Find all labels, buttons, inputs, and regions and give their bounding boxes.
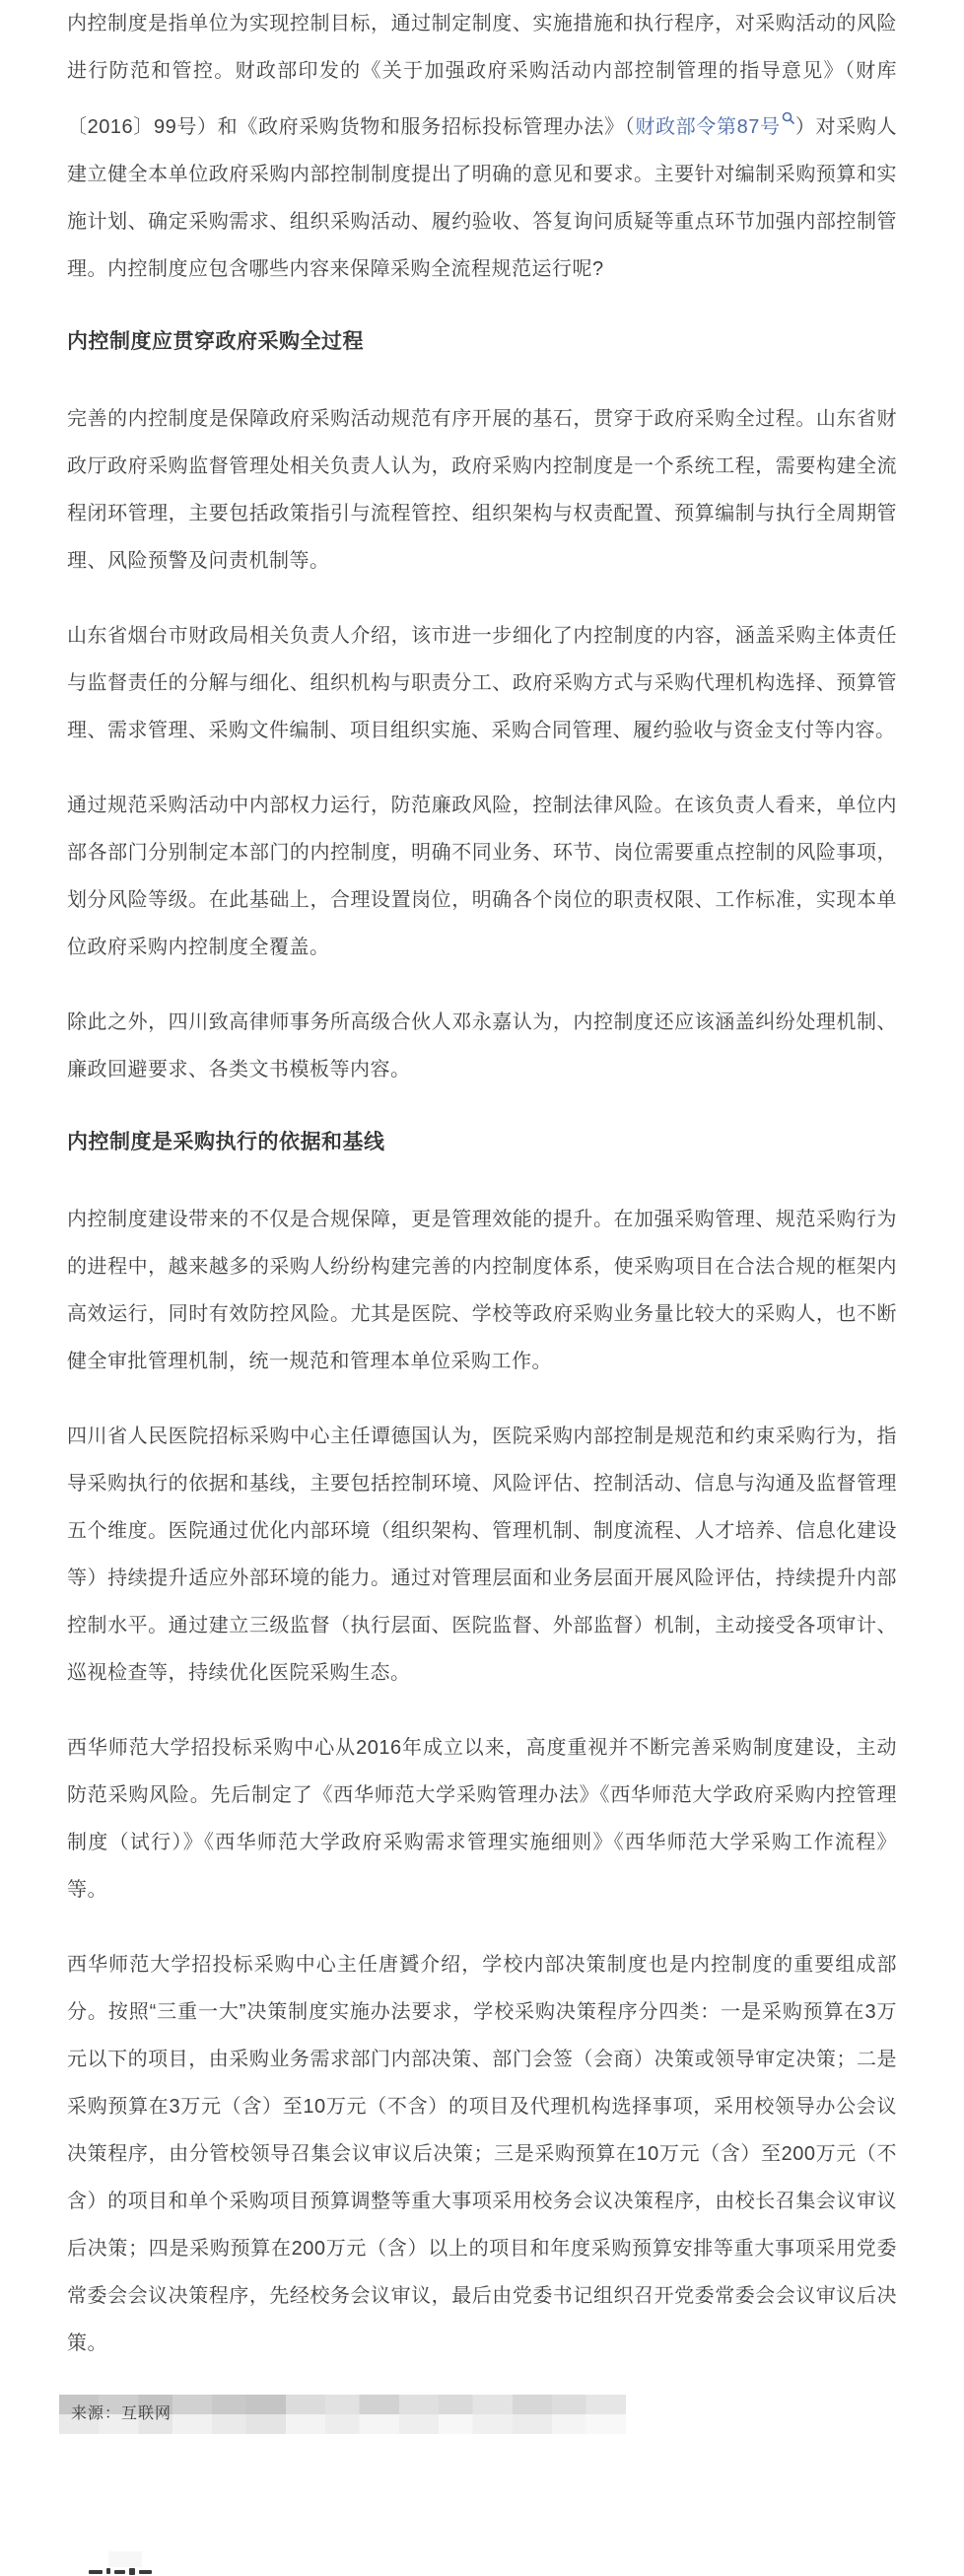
article-page: 内控制度是指单位为实现控制目标，通过制定制度、实施措施和执行程序，对采购活动的风… [0,0,964,2576]
paragraph-lawyer-view: 除此之外，四川致高律师事务所高级合伙人邓永嘉认为，内控制度还应该涵盖纠纷处理机制… [67,999,897,1093]
paragraph-shandong-dept: 完善的内控制度是保障政府采购活动规范有序开展的基石，贯穿于政府采购全过程。山东省… [67,395,897,585]
decree-87-link[interactable]: 财政部令第87号 [635,116,780,138]
paragraph-risk-control: 通过规范采购活动中内部权力运行，防范廉政风险，控制法律风险。在该负责人看来，单位… [67,782,897,971]
source-label: 来源：互联网 [71,2395,172,2434]
cutoff-text-fragment [89,2568,152,2576]
paragraph-intro-text-after: ）对采购人建立健全本单位政府采购内部控制制度提出了明确的意见和要求。主要针对编制… [67,116,897,280]
paragraph-intro: 内控制度是指单位为实现控制目标，通过制定制度、实施措施和执行程序，对采购活动的风… [67,0,897,293]
section-heading-process: 内控制度应贯穿政府采购全过程 [67,328,897,356]
paragraph-university-rules: 西华师范大学招投标采购中心从2016年成立以来，高度重视并不断完善采购制度建设，… [67,1724,897,1914]
paragraph-sichuan-hospital: 四川省人民医院招标采购中心主任谭德国认为，医院采购内部控制是规范和约束采购行为，… [67,1413,897,1697]
paragraph-efficiency: 内控制度建设带来的不仅是合规保障，更是管理效能的提升。在加强采购管理、规范采购行… [67,1196,897,1385]
paragraph-decision-procedures: 西华师范大学招投标采购中心主任唐贇介绍，学校内部决策制度也是内控制度的重要组成部… [67,1941,897,2367]
article-body: 内控制度是指单位为实现控制目标，通过制定制度、实施措施和执行程序，对采购活动的风… [67,0,897,2434]
source-redacted-box: 来源：互联网 [59,2395,626,2434]
section-heading-baseline: 内控制度是采购执行的依据和基线 [67,1129,897,1156]
paragraph-yantai-bureau: 山东省烟台市财政局相关负责人介绍，该市进一步细化了内控制度的内容，涵盖采购主体责… [67,612,897,754]
magnifier-search-icon[interactable] [782,95,794,142]
cutoff-highlight-block [108,2551,142,2567]
